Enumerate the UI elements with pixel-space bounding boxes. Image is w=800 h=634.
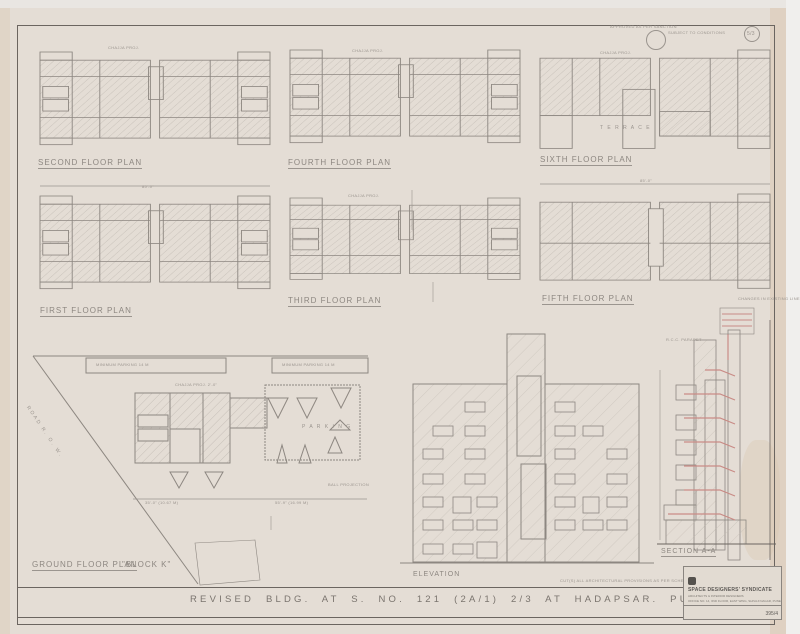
fifth-floor-plan-label: FIFTH FLOOR PLAN [542, 294, 634, 305]
third-floor-plan-label: THIRD FLOOR PLAN [288, 296, 381, 307]
overall-dimension: 85'-0" [640, 178, 652, 183]
balcony-note: BALL PROJECTION [328, 482, 369, 487]
block-label: "BLOCK K" [122, 560, 171, 569]
elevation-label: ELEVATION [413, 571, 460, 578]
overall-dimension: 85'-0" [142, 184, 154, 189]
firm-tagline: ARCHITECTS & INTERIOR DESIGNERS [688, 594, 744, 598]
firm-logo-icon [688, 577, 696, 585]
first-floor-plan-label: FIRST FLOOR PLAN [40, 306, 132, 317]
firm-name: SPACE DESIGNERS' SYNDICATE [688, 587, 772, 593]
fourth-floor-plan-label: FOURTH FLOOR PLAN [288, 158, 391, 169]
dimension-right: 55'-9" (16.99 M) [275, 500, 308, 505]
sixth-floor-plan-label: SIXTH FLOOR PLAN [540, 155, 632, 166]
terrace-label: T E R R A C E [600, 125, 651, 131]
chajja-note: CHAJJA PROJ. [108, 45, 139, 50]
dimension-left: 35'-0" (10.67 M) [145, 500, 178, 505]
elevation-note: CUT(S) ALL ARCHITECTURAL PROVISIONS AS P… [560, 578, 690, 583]
sheet-number: 395/4 [765, 611, 778, 617]
chajja-note: CHAJJA PROJ. 2'-0" [175, 382, 217, 387]
approval-stamp [646, 30, 666, 50]
approval-note: SUBJECT TO CONDITIONS [668, 30, 725, 35]
chajja-note: CHAJJA PROJ. [348, 193, 379, 198]
parking-note: MINIMUM PARKING 14 M [282, 362, 335, 367]
sheet-mark: 5/3 [747, 31, 755, 37]
title-block: SPACE DESIGNERS' SYNDICATE ARCHITECTS & … [683, 566, 782, 620]
parking-label: P A R K I N G [302, 424, 352, 430]
parking-note: MINIMUM PARKING 14 M [96, 362, 149, 367]
chajja-note: CHAJJA PROJ. [600, 50, 631, 55]
title-block-divider [684, 605, 781, 606]
firm-address: OFFICE NO. 14, IIND FLOOR, EAST WING, SH… [688, 599, 781, 603]
section-label: SECTION A-A [661, 548, 716, 557]
second-floor-plan-label: SECOND FLOOR PLAN [38, 158, 142, 169]
section-note: R.C.C. PARAPET [666, 337, 702, 342]
legend-note: CHANGES IN EXISTING LINE [738, 296, 800, 301]
chajja-note: CHAJJA PROJ. [352, 48, 383, 53]
drawing-title: REVISED BLDG. AT S. NO. 121 (2A/1) 2/3 A… [190, 594, 715, 605]
approval-note: APPROVED AS PER SANCTION [610, 24, 677, 29]
drawing-linework [0, 0, 800, 634]
